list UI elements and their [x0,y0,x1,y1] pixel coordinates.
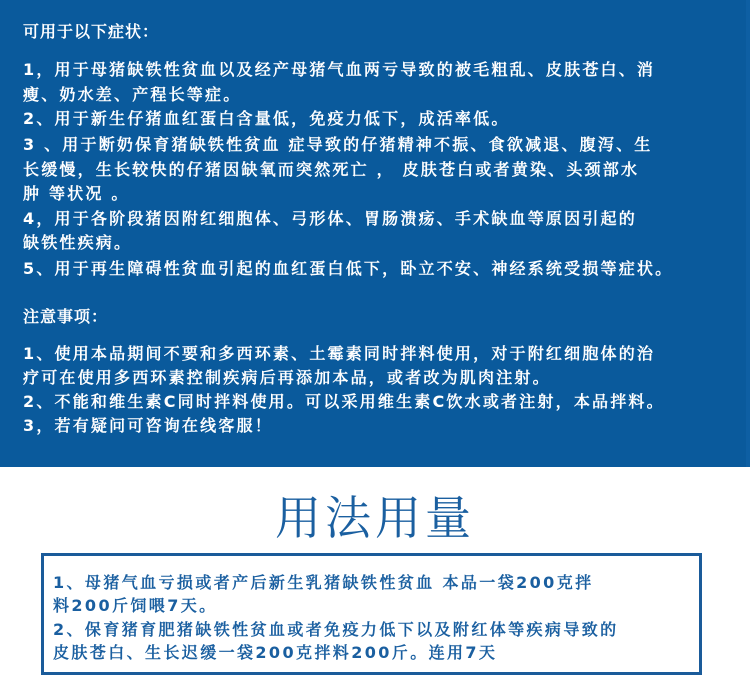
indications-panel: 可用于以下症状： 1，用于母猪缺铁性贫血以及经产母猪气血两亏导致的被毛粗乱、皮肤… [0,0,750,467]
usage-line: 1、母猪气血亏损或者产后新生乳猪缺铁性贫血 本品一袋200克拌 [53,573,594,593]
indication-line: 1，用于母猪缺铁性贫血以及经产母猪气血两亏导致的被毛粗乱、皮肤苍白、消 [23,60,655,80]
indication-line: 2、用于新生仔猪血红蛋白含量低，免疫力低下，成活率低。 [23,109,510,129]
usage-line: 2、保育猪育肥猪缺铁性贫血或者免疫力低下以及附红体等疾病导致的 [53,620,619,640]
indication-line: 5、用于再生障碍性贫血引起的血红蛋白低下，卧立不安、神经系统受损等症状。 [23,259,673,279]
indication-line: 肿 等状况 。 [23,184,130,204]
panel-edge [746,0,750,467]
usage-title: 用法用量 [0,490,750,546]
indication-line: 长缓慢，生长较快的仔猪因缺氧而突然死亡 ， 皮肤苍白或者黄染、头颈部水 [23,160,639,180]
indication-line: 4，用于各阶段猪因附红细胞体、弓形体、胃肠溃疡、手术缺血等原因引起的 [23,209,637,229]
indications-title: 可用于以下症状： [23,19,159,42]
precaution-line: 1、使用本品期间不要和多西环素、土霉素同时拌料使用，对于附红细胞体的治 [23,344,655,364]
precaution-line: 2、不能和维生素C同时拌料使用。可以采用维生素C饮水或者注射，本品拌料。 [23,392,665,412]
usage-line: 皮肤苍白、生长迟缓一袋200克拌料200斤。连用7天 [53,643,497,663]
usage-line: 料200斤饲喂7天。 [53,596,218,616]
precaution-line: 疗可在使用多西环素控制疾病后再添加本品，或者改为肌肉注射。 [23,368,551,388]
indication-line: 缺铁性疾病。 [23,233,132,253]
precautions-title: 注意事项： [23,304,108,327]
indication-line: 瘦、奶水差、产程长等症。 [23,85,241,105]
precaution-line: 3，若有疑问可咨询在线客服！ [23,416,273,436]
indication-line: 3 、用于断奶保育猪缺铁性贫血 症导致的仔猪精神不振、食欲减退、腹泻、生 [23,135,652,155]
